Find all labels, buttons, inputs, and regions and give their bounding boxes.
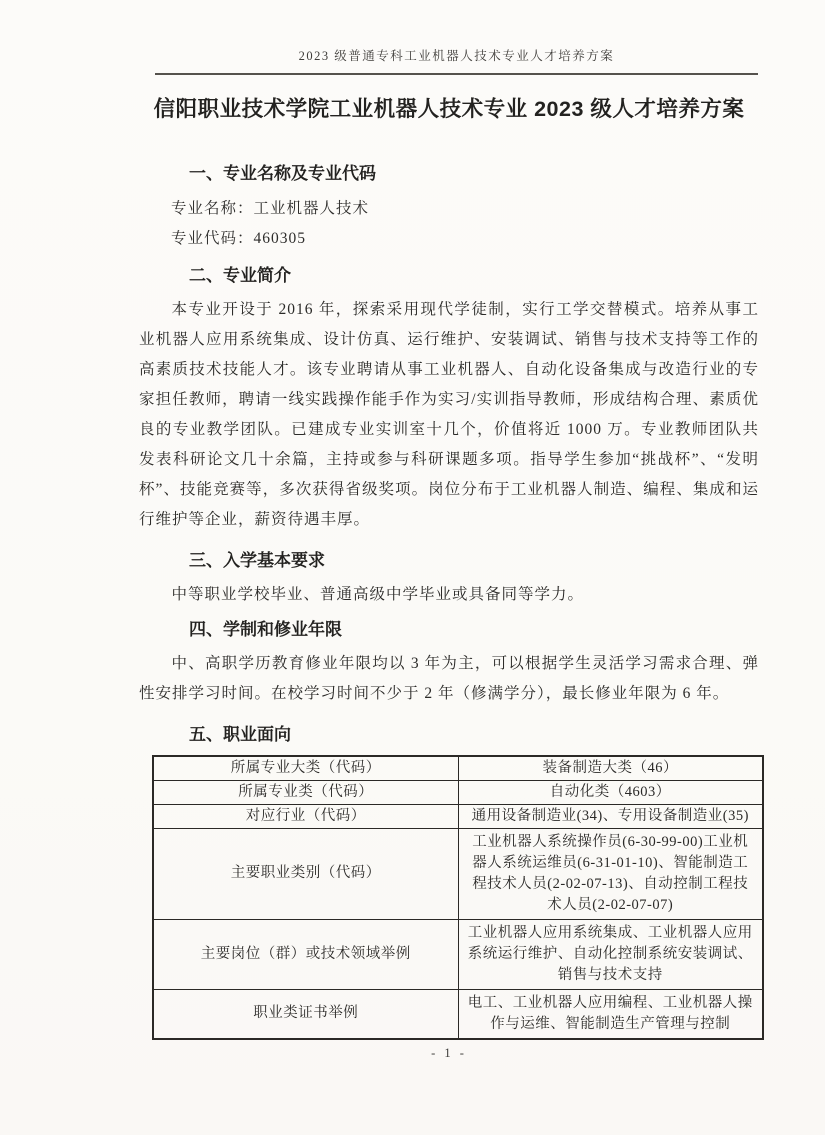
table-row: 主要岗位（群）或技术领域举例 工业机器人应用系统集成、工业机器人应用系统运行维护… <box>153 919 763 989</box>
table-label-cell: 职业类证书举例 <box>153 989 458 1039</box>
table-label-cell: 主要职业类别（代码） <box>153 828 458 919</box>
table-row: 所属专业类（代码） 自动化类（4603） <box>153 780 763 804</box>
table-value-cell: 通用设备制造业(34)、专用设备制造业(35) <box>458 804 763 828</box>
table-row: 所属专业大类（代码） 装备制造大类（46） <box>153 756 763 780</box>
major-intro-paragraph: 本专业开设于 2016 年，探索采用现代学徒制，实行工学交替模式。培养从事工业机… <box>139 295 759 535</box>
section-heading-1: 一、专业名称及专业代码 <box>139 162 759 186</box>
major-info: 专业名称：工业机器人技术 专业代码：460305 <box>139 194 759 254</box>
table-value-cell: 自动化类（4603） <box>458 780 763 804</box>
table-label-cell: 对应行业（代码） <box>153 804 458 828</box>
table-value-cell: 电工、工业机器人应用编程、工业机器人操作与运维、智能制造生产管理与控制 <box>458 989 763 1039</box>
section-heading-4: 四、学制和修业年限 <box>139 618 759 642</box>
table-value-cell: 装备制造大类（46） <box>458 756 763 780</box>
table-label-cell: 所属专业大类（代码） <box>153 756 458 780</box>
section-heading-5: 五、职业面向 <box>139 723 759 747</box>
document-body: 信阳职业技术学院工业机器人技术专业 2023 级人才培养方案 一、专业名称及专业… <box>139 94 759 1040</box>
section-heading-3: 三、入学基本要求 <box>139 549 759 573</box>
section-heading-2: 二、专业简介 <box>139 264 759 288</box>
page-number: - 1 - <box>139 1046 759 1061</box>
study-duration-paragraph: 中、高职学历教育修业年限均以 3 年为主，可以根据学生灵活学习需求合理、弹性安排… <box>139 649 759 709</box>
table-row: 主要职业类别（代码） 工业机器人系统操作员(6-30-99-00)工业机器人系统… <box>153 828 763 919</box>
admission-requirements-paragraph: 中等职业学校毕业、普通高级中学毕业或具备同等学力。 <box>139 580 759 610</box>
table-row: 职业类证书举例 电工、工业机器人应用编程、工业机器人操作与运维、智能制造生产管理… <box>153 989 763 1039</box>
document-page: 2023 级普通专科工业机器人技术专业人才培养方案 信阳职业技术学院工业机器人技… <box>0 0 825 1135</box>
career-orientation-table: 所属专业大类（代码） 装备制造大类（46） 所属专业类（代码） 自动化类（460… <box>152 755 764 1040</box>
table-label-cell: 所属专业类（代码） <box>153 780 458 804</box>
running-header: 2023 级普通专科工业机器人技术专业人才培养方案 <box>155 46 758 75</box>
major-name-line: 专业名称：工业机器人技术 <box>139 194 759 224</box>
major-code-line: 专业代码：460305 <box>139 224 759 254</box>
table-value-cell: 工业机器人系统操作员(6-30-99-00)工业机器人系统运维员(6-31-01… <box>458 828 763 919</box>
table-row: 对应行业（代码） 通用设备制造业(34)、专用设备制造业(35) <box>153 804 763 828</box>
table-label-cell: 主要岗位（群）或技术领域举例 <box>153 919 458 989</box>
running-header-text: 2023 级普通专科工业机器人技术专业人才培养方案 <box>299 49 615 63</box>
document-title: 信阳职业技术学院工业机器人技术专业 2023 级人才培养方案 <box>139 94 759 124</box>
table-value-cell: 工业机器人应用系统集成、工业机器人应用系统运行维护、自动化控制系统安装调试、销售… <box>458 919 763 989</box>
